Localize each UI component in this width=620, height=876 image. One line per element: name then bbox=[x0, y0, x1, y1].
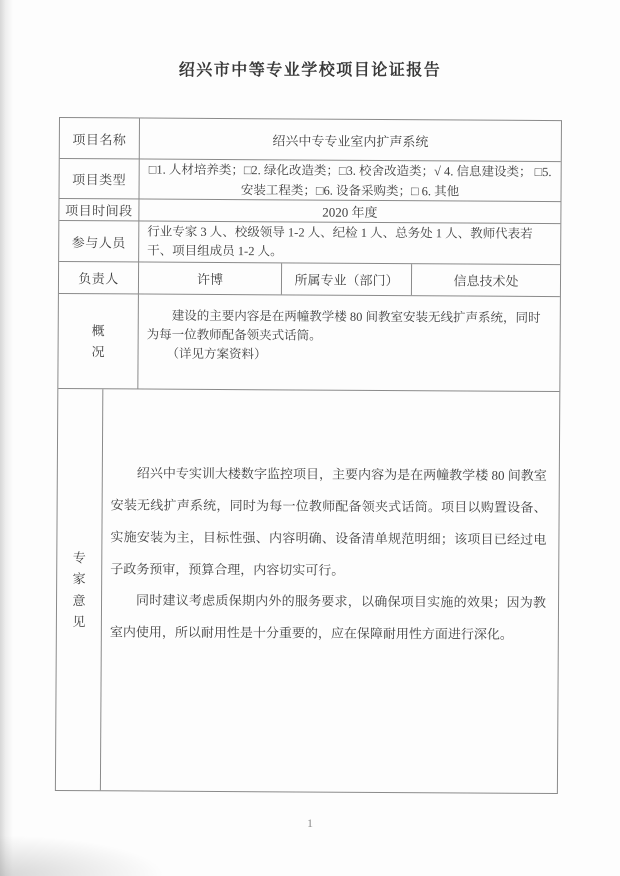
overview-note: （详见方案资料） bbox=[147, 344, 550, 365]
overview-content: 建设的主要内容是在两幢教学楼 80 间教室安装无线扩声系统，同时为每一位教师配备… bbox=[138, 294, 560, 391]
overview-label: 概况 bbox=[91, 320, 106, 363]
overview-label-cell: 概况 bbox=[58, 294, 139, 388]
project-name-value: 绍兴中专专业室内扩声系统 bbox=[140, 118, 561, 161]
overview-paragraph: 建设的主要内容是在两幢教学楼 80 间教室安装无线扩声系统，同时为每一位教师配备… bbox=[147, 307, 550, 347]
leader-dept-value: 信息技术处 bbox=[412, 264, 560, 296]
leader-dept-label: 所属专业（部门） bbox=[282, 263, 412, 295]
project-type-label: 项目类型 bbox=[60, 159, 140, 198]
expert-opinion-label-cell: 专家意见 bbox=[56, 389, 103, 790]
row-overview: 概况 建设的主要内容是在两幢教学楼 80 间教室安装无线扩声系统，同时为每一位教… bbox=[58, 294, 560, 392]
row-participants: 参与人员 行业专家 3 人、校级领导 1-2 人、纪检 1 人、总务处 1 人、… bbox=[59, 221, 560, 265]
row-leader: 负责人 许博 所属专业（部门） 信息技术处 bbox=[59, 262, 560, 297]
scanned-page: 绍兴市中等专业学校项目论证报告 项目名称 绍兴中专专业室内扩声系统 项目类型 □… bbox=[0, 0, 620, 876]
participants-value: 行业专家 3 人、校级领导 1-2 人、纪检 1 人、总务处 1 人、教师代表若… bbox=[139, 221, 560, 264]
expert-opinion-label: 专家意见 bbox=[71, 547, 87, 633]
expert-opinion-content: 绍兴中专实训大楼数字监控项目，主要内容为是在两幢教学楼 80 间教室安装无线扩声… bbox=[101, 389, 559, 793]
expert-opinion-paragraph-1: 绍兴中专实训大楼数字监控项目，主要内容为是在两幢教学楼 80 间教室安装无线扩声… bbox=[110, 457, 547, 587]
page-title: 绍兴市中等专业学校项目论证报告 bbox=[0, 57, 620, 80]
participants-label: 参与人员 bbox=[59, 221, 139, 261]
leader-name: 许博 bbox=[139, 262, 282, 294]
project-period-label: 项目时间段 bbox=[59, 199, 139, 220]
row-project-type: 项目类型 □1. 人材培养类；□2. 绿化改造类；□3. 校舍改造类；√ 4. … bbox=[59, 159, 560, 202]
row-expert-opinion: 专家意见 绍兴中专实训大楼数字监控项目，主要内容为是在两幢教学楼 80 间教室安… bbox=[56, 389, 559, 793]
row-project-period: 项目时间段 2020 年度 bbox=[59, 199, 560, 224]
project-name-label: 项目名称 bbox=[60, 118, 140, 158]
row-project-name: 项目名称 绍兴中专专业室内扩声系统 bbox=[60, 118, 561, 162]
scan-corner-shadow bbox=[0, 834, 170, 876]
form-table: 项目名称 绍兴中专专业室内扩声系统 项目类型 □1. 人材培养类；□2. 绿化改… bbox=[55, 117, 562, 794]
project-period-value: 2020 年度 bbox=[139, 199, 560, 223]
expert-opinion-paragraph-2: 同时建议考虑质保期内外的服务要求，以确保项目实施的效果；因为教室内使用，所以耐用… bbox=[110, 585, 546, 651]
scan-edge-shading bbox=[0, 0, 13, 876]
leader-label: 负责人 bbox=[59, 262, 139, 293]
project-type-value: □1. 人材培养类；□2. 绿化改造类；□3. 校舍改造类；√ 4. 信息建设类… bbox=[140, 159, 561, 201]
page-number: 1 bbox=[0, 816, 620, 831]
